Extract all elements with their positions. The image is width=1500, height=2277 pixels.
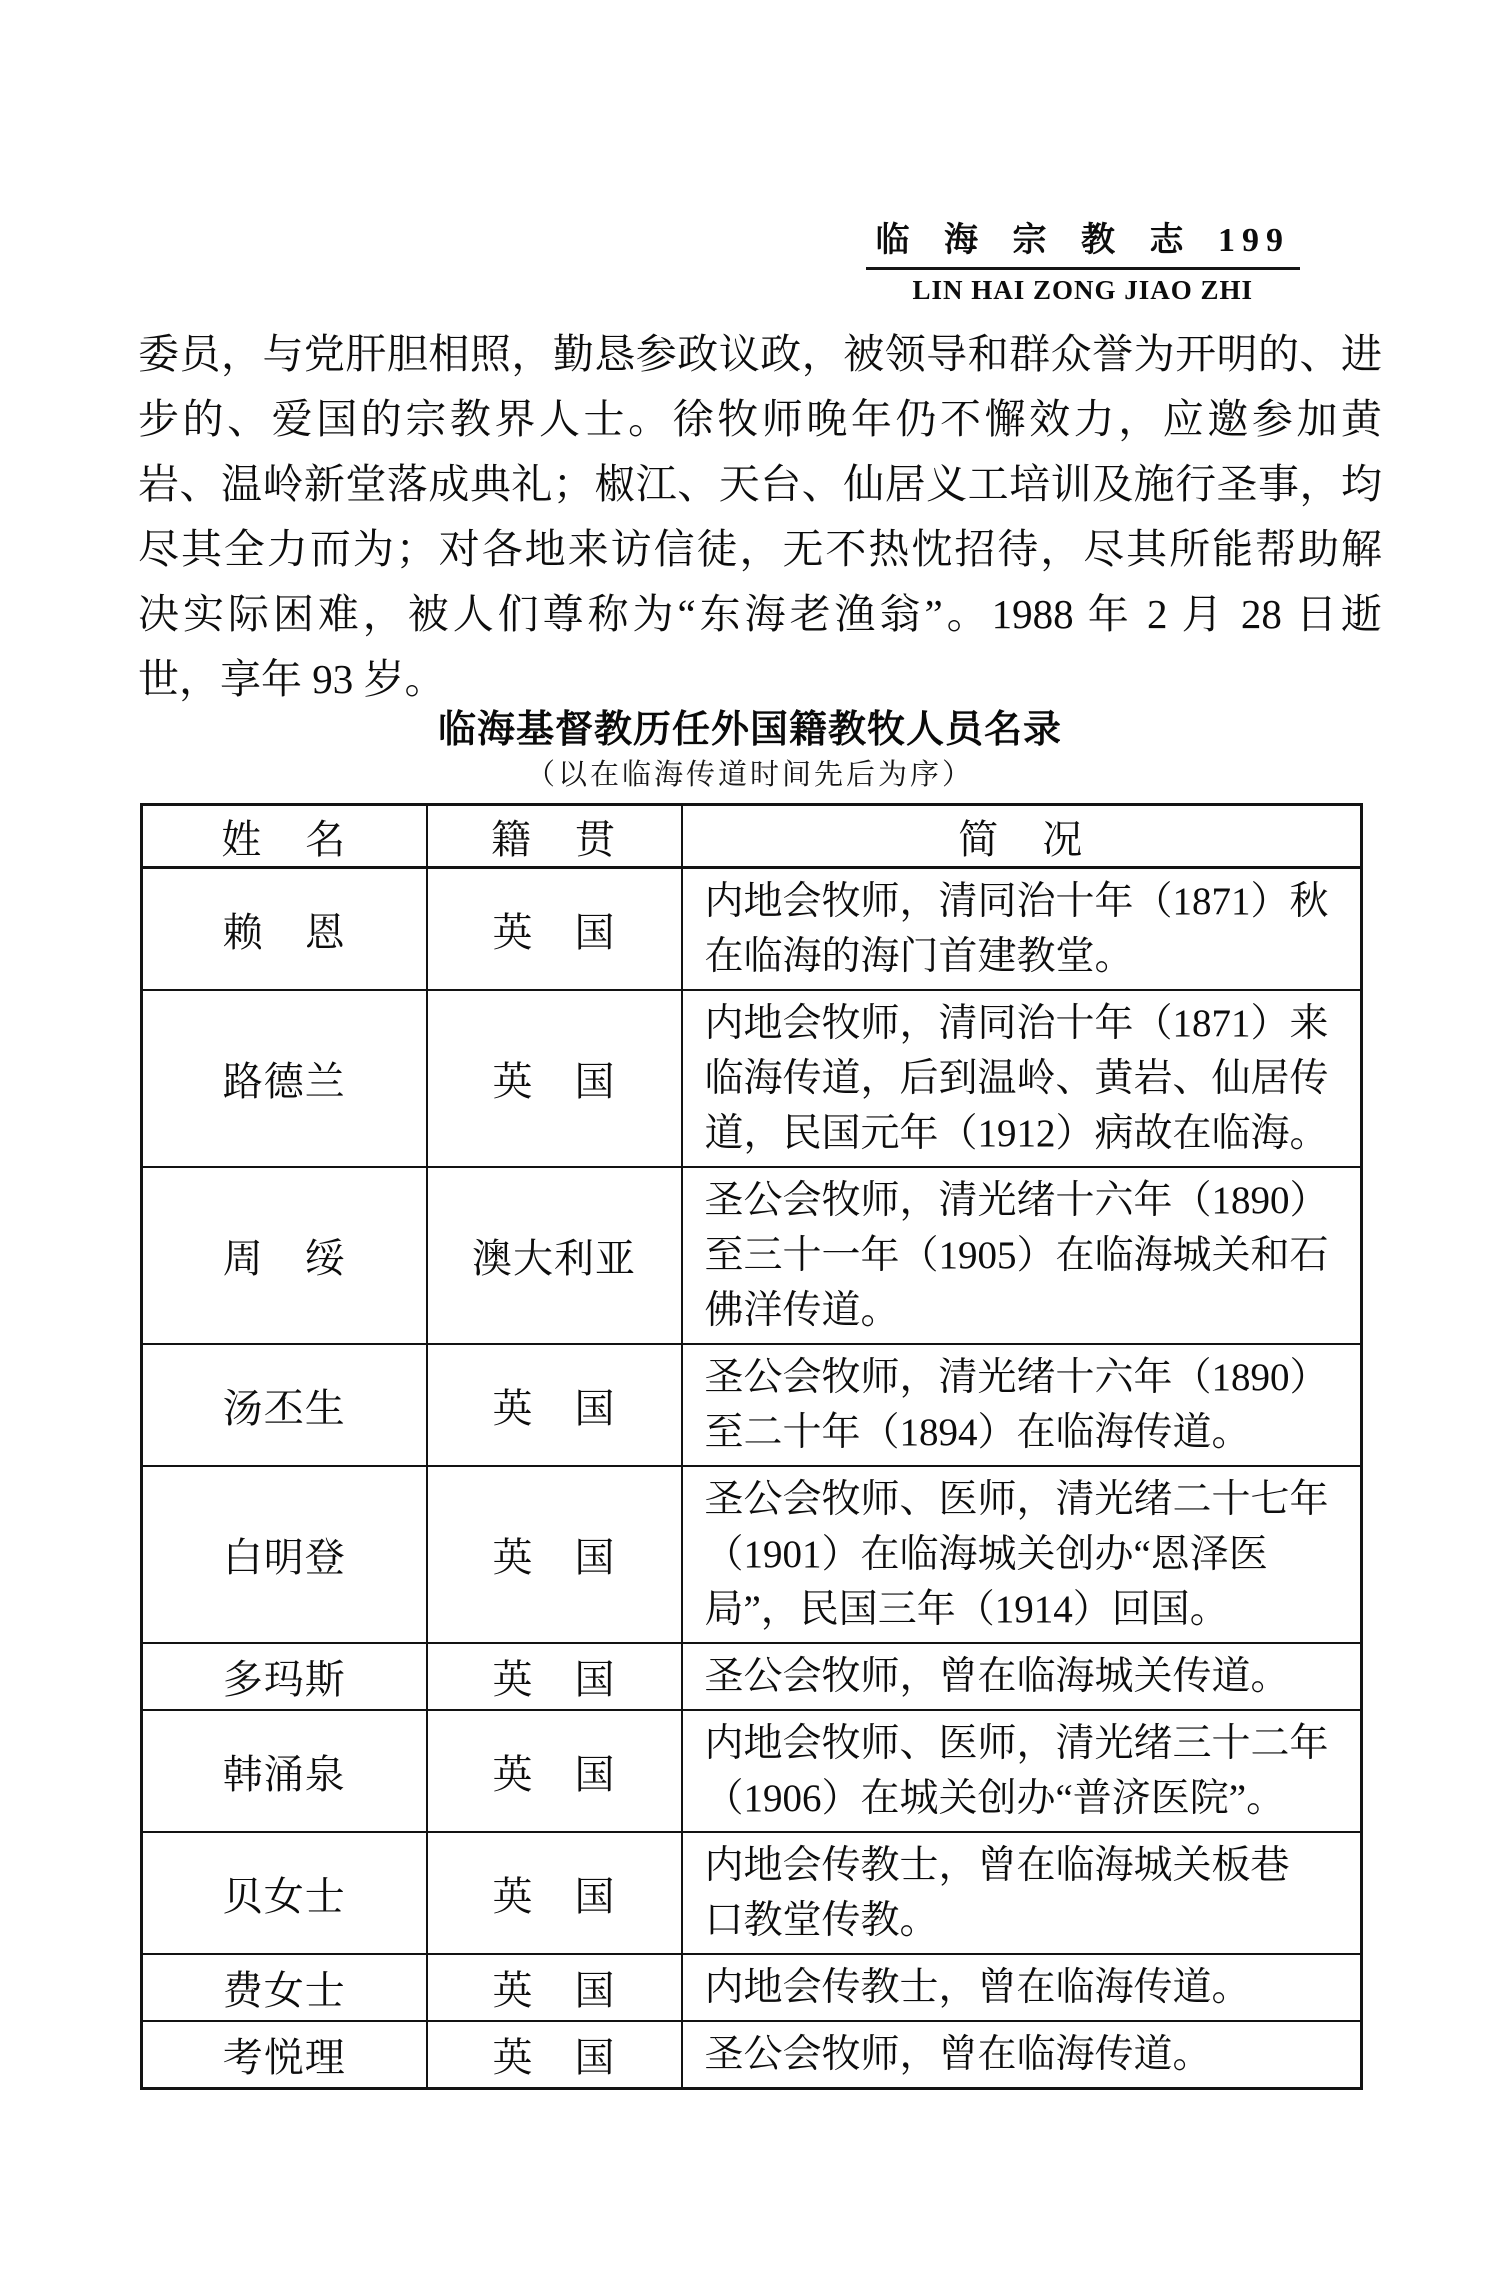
cell-name: 白明登	[142, 1466, 427, 1643]
column-header-origin: 籍 贯	[427, 805, 682, 868]
paragraph-line: 步的、爱国的宗教界人士。徐牧师晚年仍不懈效力，应邀参加黄	[138, 387, 1382, 452]
cell-desc: 内地会传教士，曾在临海传道。	[682, 1954, 1362, 2021]
table-row: 路德兰 英 国 内地会牧师，清同治十年（1871）来 临海传道，后到温岭、黄岩、…	[142, 990, 1362, 1167]
cell-desc: 内地会牧师，清同治十年（1871）秋 在临海的海门首建教堂。	[682, 868, 1362, 991]
cell-desc: 内地会牧师、医师，清光绪三十二年 （1906）在城关创办“普济医院”。	[682, 1710, 1362, 1832]
table-row: 白明登 英 国 圣公会牧师、医师，清光绪二十七年 （1901）在临海城关创办“恩…	[142, 1466, 1362, 1643]
cell-desc: 圣公会牧师，曾在临海城关传道。	[682, 1643, 1362, 1710]
table-row: 赖 恩 英 国 内地会牧师，清同治十年（1871）秋 在临海的海门首建教堂。	[142, 868, 1362, 991]
paragraph-line: 委员，与党肝胆相照，勤恳参政议政，被领导和群众誉为开明的、进	[138, 322, 1382, 387]
paragraph-line: 决实际困难，被人们尊称为“东海老渔翁”。1988 年 2 月 28 日逝	[138, 582, 1382, 647]
table-row: 汤丕生 英 国 圣公会牧师，清光绪十六年（1890） 至二十年（1894）在临海…	[142, 1344, 1362, 1466]
cell-origin: 澳大利亚	[427, 1167, 682, 1344]
cell-origin: 英 国	[427, 1710, 682, 1832]
table-row: 贝女士 英 国 内地会传教士，曾在临海城关板巷 口教堂传教。	[142, 1832, 1362, 1954]
table-row: 韩涌泉 英 国 内地会牧师、医师，清光绪三十二年 （1906）在城关创办“普济医…	[142, 1710, 1362, 1832]
cell-name: 汤丕生	[142, 1344, 427, 1466]
cell-desc: 内地会传教士，曾在临海城关板巷 口教堂传教。	[682, 1832, 1362, 1954]
cell-origin: 英 国	[427, 2021, 682, 2089]
document-page: 临 海 宗 教 志 199 LIN HAI ZONG JIAO ZHI 委员，与…	[0, 0, 1500, 2277]
table-header-row: 姓 名 籍 贯 简 况	[142, 805, 1362, 868]
body-paragraph: 委员，与党肝胆相照，勤恳参政议政，被领导和群众誉为开明的、进 步的、爱国的宗教界…	[138, 322, 1382, 712]
cell-name: 费女士	[142, 1954, 427, 2021]
cell-name: 贝女士	[142, 1832, 427, 1954]
table-row: 周 绥 澳大利亚 圣公会牧师，清光绪十六年（1890） 至三十一年（1905）在…	[142, 1167, 1362, 1344]
cell-origin: 英 国	[427, 990, 682, 1167]
table-title: 临海基督教历任外国籍教牧人员名录	[0, 698, 1500, 753]
running-header: 临 海 宗 教 志 199 LIN HAI ZONG JIAO ZHI	[866, 212, 1301, 306]
cell-desc: 圣公会牧师，曾在临海传道。	[682, 2021, 1362, 2089]
cell-desc: 内地会牧师，清同治十年（1871）来 临海传道，后到温岭、黄岩、仙居传 道，民国…	[682, 990, 1362, 1167]
table-row: 考悦理 英 国 圣公会牧师，曾在临海传道。	[142, 2021, 1362, 2089]
table-row: 多玛斯 英 国 圣公会牧师，曾在临海城关传道。	[142, 1643, 1362, 1710]
running-header-romanized: LIN HAI ZONG JIAO ZHI	[866, 275, 1301, 306]
cell-name: 赖 恩	[142, 868, 427, 991]
cell-desc: 圣公会牧师，清光绪十六年（1890） 至二十年（1894）在临海传道。	[682, 1344, 1362, 1466]
cell-name: 周 绥	[142, 1167, 427, 1344]
cell-origin: 英 国	[427, 868, 682, 991]
table-row: 费女士 英 国 内地会传教士，曾在临海传道。	[142, 1954, 1362, 2021]
cell-origin: 英 国	[427, 1643, 682, 1710]
clergy-table: 姓 名 籍 贯 简 况 赖 恩 英 国 内地会牧师，清同治十年（1871）秋 在…	[140, 803, 1363, 2090]
cell-name: 韩涌泉	[142, 1710, 427, 1832]
cell-name: 路德兰	[142, 990, 427, 1167]
cell-desc: 圣公会牧师，清光绪十六年（1890） 至三十一年（1905）在临海城关和石 佛洋…	[682, 1167, 1362, 1344]
cell-origin: 英 国	[427, 1954, 682, 2021]
column-header-name: 姓 名	[142, 805, 427, 868]
table-subtitle: （以在临海传道时间先后为序）	[0, 752, 1500, 793]
running-header-title: 临 海 宗 教 志 199	[866, 212, 1301, 270]
paragraph-line: 岩、温岭新堂落成典礼；椒江、天台、仙居义工培训及施行圣事，均	[138, 452, 1382, 517]
cell-name: 多玛斯	[142, 1643, 427, 1710]
cell-origin: 英 国	[427, 1832, 682, 1954]
cell-origin: 英 国	[427, 1466, 682, 1643]
cell-desc: 圣公会牧师、医师，清光绪二十七年 （1901）在临海城关创办“恩泽医 局”，民国…	[682, 1466, 1362, 1643]
cell-name: 考悦理	[142, 2021, 427, 2089]
cell-origin: 英 国	[427, 1344, 682, 1466]
paragraph-line: 尽其全力而为；对各地来访信徒，无不热忱招待，尽其所能帮助解	[138, 517, 1382, 582]
column-header-desc: 简 况	[682, 805, 1362, 868]
